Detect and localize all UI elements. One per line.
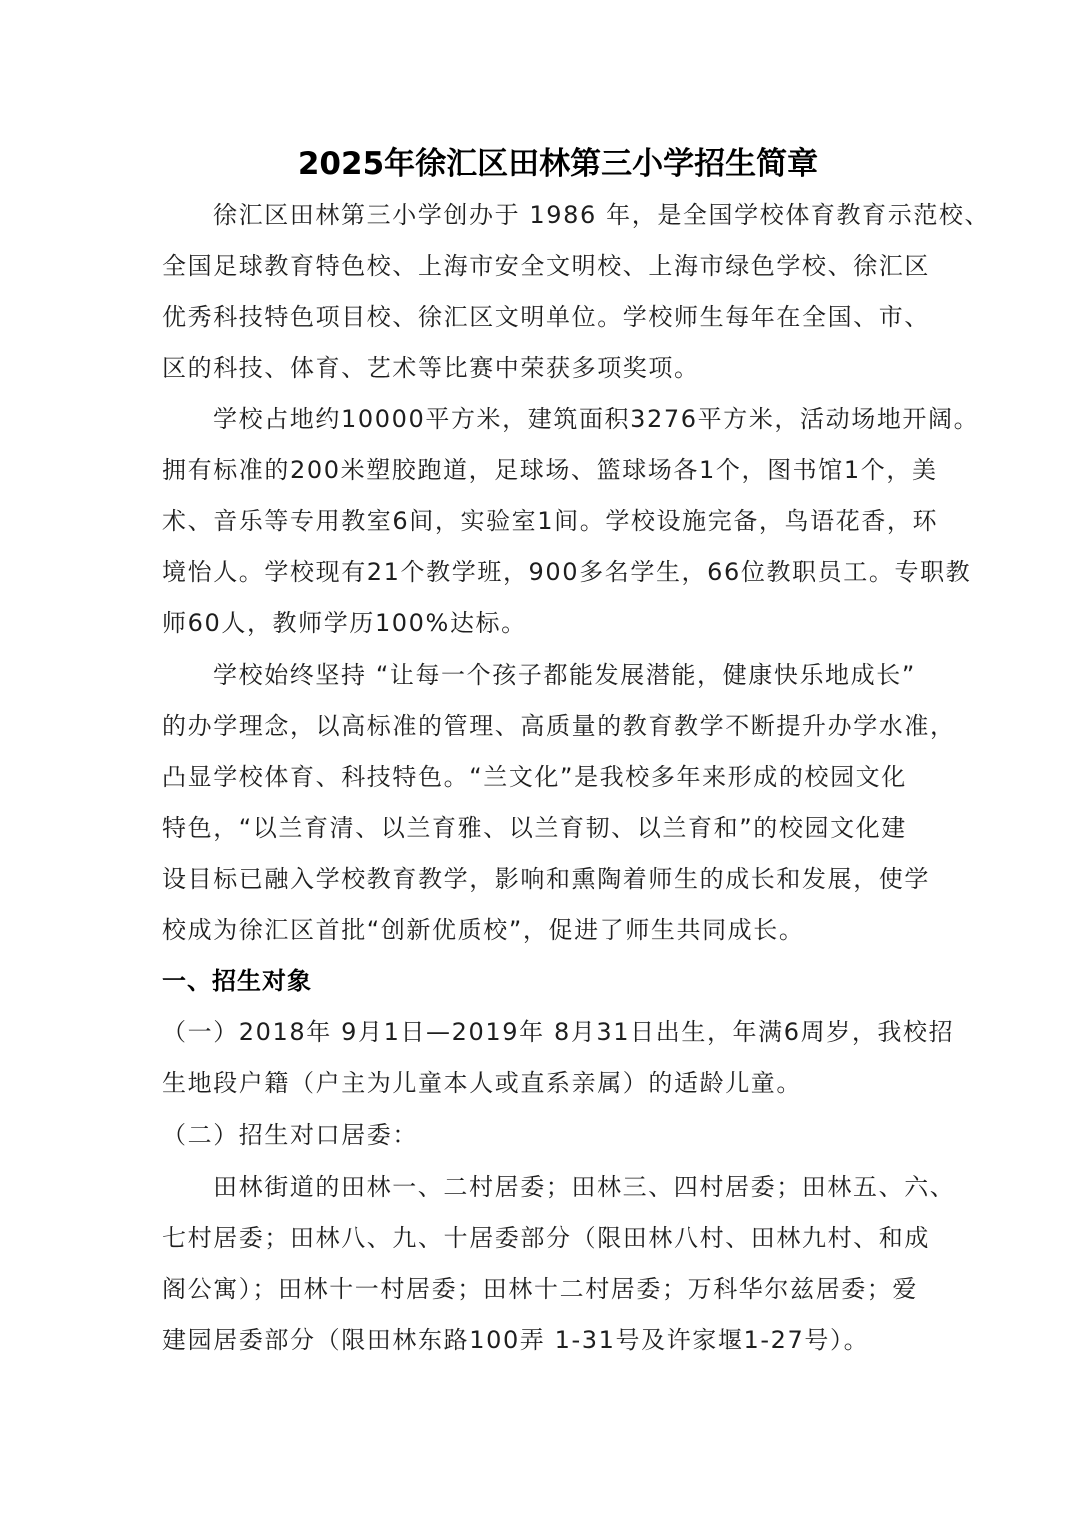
- paragraph-line: 生地段户籍（户主为儿童本人或直系亲属）的适龄儿童。: [162, 1068, 802, 1098]
- paragraph-line: 设目标已融入学校教育教学，影响和熏陶着师生的成长和发展，使学: [162, 864, 930, 894]
- paragraph-line: 建园居委部分（限田林东路100弄 1-31号及许家堰1-27号）。: [162, 1325, 869, 1355]
- section-heading: 一、招生对象: [162, 966, 312, 996]
- paragraph-line: 田林街道的田林一、二村居委；田林三、四村居委；田林五、六、: [213, 1172, 955, 1202]
- paragraph-line: （一）2018年 9月1日—2019年 8月31日出生，年满6周岁，我校招: [162, 1017, 954, 1047]
- paragraph-line: 徐汇区田林第三小学创办于 1986 年，是全国学校体育教育示范校、: [213, 200, 990, 230]
- paragraph-line: 境怡人。学校现有21个教学班，900多名学生，66位教职员工。专职教: [162, 557, 971, 587]
- document-title: 2025年徐汇区田林第三小学招生简章: [0, 138, 1080, 183]
- paragraph-line: 凸显学校体育、科技特色。“兰文化”是我校多年来形成的校园文化: [162, 762, 907, 792]
- paragraph-line: 七村居委；田林八、九、十居委部分（限田林八村、田林九村、和成: [162, 1223, 930, 1253]
- paragraph-line: 师60人，教师学历100%达标。: [162, 608, 527, 638]
- paragraph-line: 校成为徐汇区首批“创新优质校”，促进了师生共同成长。: [162, 915, 804, 945]
- paragraph-line: 全国足球教育特色校、上海市安全文明校、上海市绿色学校、徐汇区: [162, 251, 930, 281]
- paragraph-line: 区的科技、体育、艺术等比赛中荣获多项奖项。: [162, 353, 700, 383]
- paragraph-line: 阁公寓）；田林十一村居委；田林十二村居委；万科华尔兹居委；爱: [162, 1274, 918, 1304]
- paragraph-line: 的办学理念，以高标准的管理、高质量的教育教学不断提升办学水准，: [162, 711, 956, 741]
- paragraph-line: 学校占地约10000平方米，建筑面积3276平方米，活动场地开阔。: [213, 404, 979, 434]
- document-page: 2025年徐汇区田林第三小学招生简章 徐汇区田林第三小学创办于 1986 年，是…: [0, 0, 1080, 1532]
- paragraph-line: 优秀科技特色项目校、徐汇区文明单位。学校师生每年在全国、市、: [162, 302, 930, 332]
- subsection-heading: （二）招生对口居委：: [162, 1120, 418, 1150]
- paragraph-line: 学校始终坚持 “让每一个孩子都能发展潜能，健康快乐地成长”: [213, 660, 916, 690]
- paragraph-line: 特色，“以兰育清、以兰育雅、以兰育韧、以兰育和”的校园文化建: [162, 813, 907, 843]
- paragraph-line: 拥有标准的200米塑胶跑道，足球场、篮球场各1个，图书馆1个，美: [162, 455, 938, 485]
- paragraph-line: 术、音乐等专用教室6间，实验室1间。学校设施完备，鸟语花香，环: [162, 506, 938, 536]
